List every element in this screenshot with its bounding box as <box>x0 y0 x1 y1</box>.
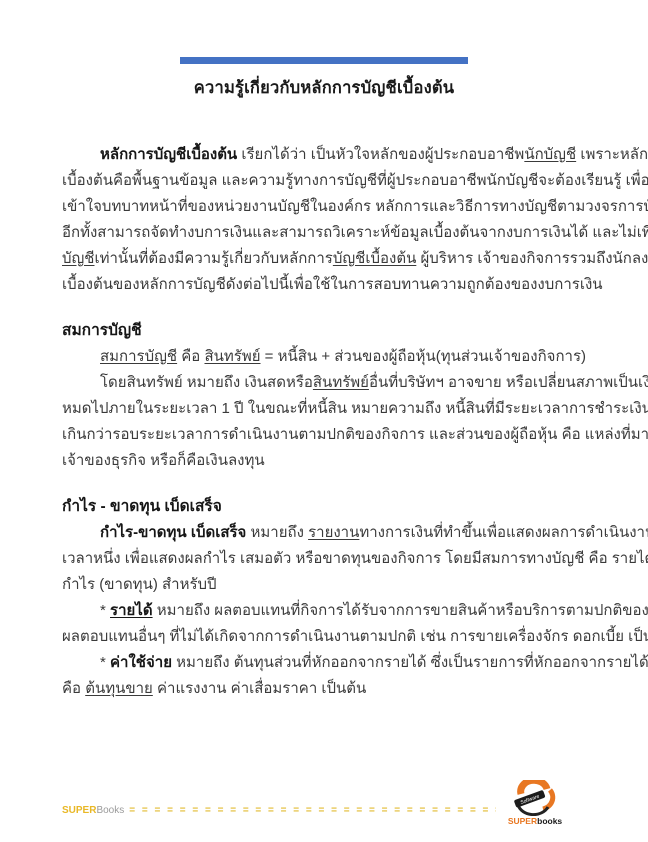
document-body: หลักการบัญชีเบื้องต้น เรียกได้ว่า เป็นหั… <box>62 142 592 702</box>
text-line: กำไร-ขาดทุน เบ็ดเสร็จ หมายถึง รายงานทางก… <box>62 520 592 546</box>
text-line: * ค่าใช้จ่าย หมายถึง ต้นทุนส่วนที่หักออก… <box>62 650 592 676</box>
text-line: หลักการบัญชีเบื้องต้น เรียกได้ว่า เป็นหั… <box>62 142 592 168</box>
text-line: เข้าใจบทบาทหน้าที่ของหน่วยงานบัญชีในองค์… <box>62 194 592 220</box>
text-line: อีกทั้งสามารถจัดทำงบการเงินและสามารถวิเค… <box>62 220 592 246</box>
text-line: * รายได้ หมายถึง ผลตอบแทนที่กิจการได้รับ… <box>62 598 592 624</box>
page-title: ความรู้เกี่ยวกับหลักการบัญชีเบื้องต้น <box>0 75 648 101</box>
logo-text-super: SUPER <box>508 816 537 826</box>
text-line: เจ้าของธุรกิจ หรือก็คือเงินลงทุน <box>62 448 592 474</box>
section-heading: สมการบัญชี <box>62 318 592 344</box>
document-page: ความรู้เกี่ยวกับหลักการบัญชีเบื้องต้น หล… <box>0 0 648 842</box>
text-line: บัญชีเท่านั้นที่ต้องมีความรู้เกี่ยวกับหล… <box>62 246 592 272</box>
footer-separator: = = = = = = = = = = = = = = = = = = = = … <box>129 805 496 816</box>
footer-brand-books: Books <box>96 805 124 816</box>
footer-brand-super: SUPER <box>62 805 96 816</box>
text-line: เกินกว่ารอบระยะเวลาการดำเนินงานตามปกติขอ… <box>62 422 592 448</box>
text-line: หมดไปภายในระยะเวลา 1 ปี ในขณะที่หนี้สิน … <box>62 396 592 422</box>
text-line: เวลาหนึ่ง เพื่อแสดงผลกำไร เสมอตัว หรือขา… <box>62 546 592 572</box>
superbooks-logo-icon: Software <box>511 780 559 816</box>
text-line: เบื้องต้นคือพื้นฐานข้อมูล และความรู้ทางก… <box>62 168 592 194</box>
text-line: โดยสินทรัพย์ หมายถึง เงินสดหรือสินทรัพย์… <box>62 370 592 396</box>
text-line: ผลตอบแทนอื่นๆ ที่ไม่ได้เกิดจากการดำเนินง… <box>62 624 592 650</box>
text-line: คือ ต้นทุนขาย ค่าแรงงาน ค่าเสื่อมราคา เป… <box>62 676 592 702</box>
page-footer: SUPERBooks = = = = = = = = = = = = = = =… <box>62 805 496 816</box>
section-heading: กำไร - ขาดทุน เบ็ดเสร็จ <box>62 494 592 520</box>
text-line: สมการบัญชี คือ สินทรัพย์ = หนี้สิน + ส่ว… <box>62 344 592 370</box>
text-line: กำไร (ขาดทุน) สำหรับปี <box>62 572 592 598</box>
superbooks-logo: Software SUPERbooks <box>502 780 568 826</box>
title-accent-bar <box>180 57 468 64</box>
footer-brand: SUPERBooks <box>62 805 124 816</box>
text-line: เบื้องต้นของหลักการบัญชีดังต่อไปนี้เพื่อ… <box>62 272 592 298</box>
logo-wordmark: SUPERbooks <box>502 816 568 826</box>
logo-text-books: books <box>537 816 562 826</box>
